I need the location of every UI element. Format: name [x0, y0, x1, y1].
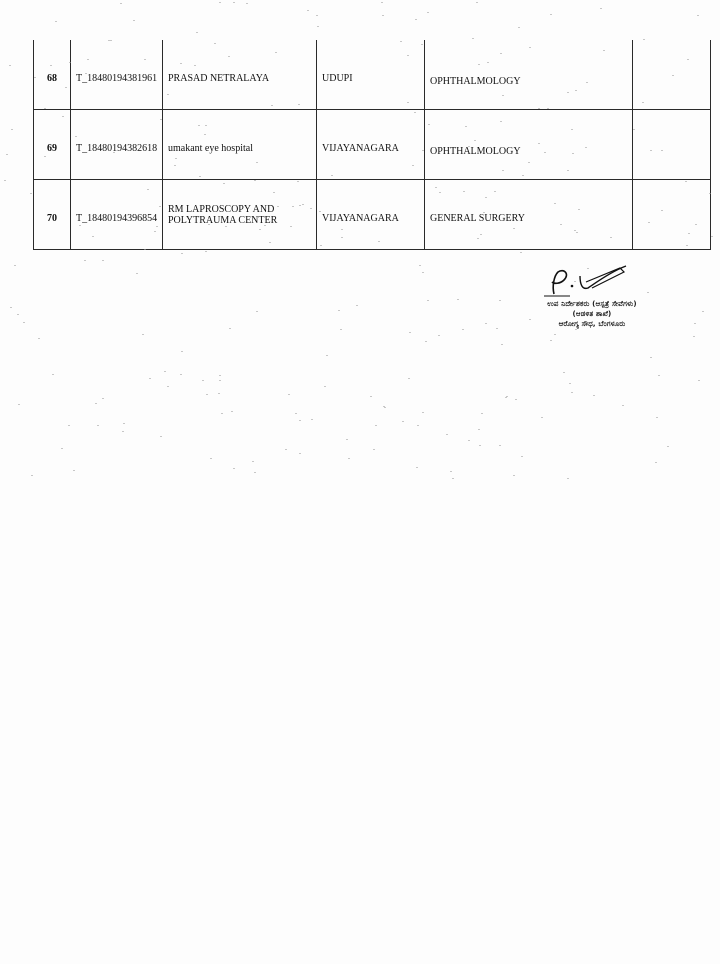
table-row: 70 T_18480194396854 RM LAPROSCOPY AND PO… [34, 180, 711, 250]
signature-block: ಉಪ ನಿರ್ದೇಶಕರು (ಆಸ್ಪತ್ರೆ ಸೇವೆಗಳು) (ಆಡಳಿತ … [512, 262, 672, 342]
cell-sl-no: 68 [34, 40, 71, 110]
hospital-table: 68 T_18480194381961 PRASAD NETRALAYA UDU… [33, 40, 711, 250]
signature-branch: (ಆಡಳಿತ ಶಾಖೆ) [512, 310, 672, 319]
cell-sl-no: 69 [34, 110, 71, 180]
cell-sl-no: 70 [34, 180, 71, 250]
cell-remarks [633, 110, 711, 180]
cell-hospital-id: T_18480194381961 [71, 40, 163, 110]
cell-remarks [633, 180, 711, 250]
cell-hospital-id: T_18480194382618 [71, 110, 163, 180]
cell-hospital-name: umakant eye hospital [163, 110, 317, 180]
cell-speciality: GENERAL SURGERY [425, 180, 633, 250]
signature-designation: ಉಪ ನಿರ್ದೇಶಕರು (ಆಸ್ಪತ್ರೆ ಸೇವೆಗಳು) [512, 300, 672, 309]
cell-district: VIJAYANAGARA [317, 110, 425, 180]
signature-icon [540, 262, 630, 300]
hospital-table-container: 68 T_18480194381961 PRASAD NETRALAYA UDU… [33, 40, 705, 250]
cell-speciality: OPHTHALMOLOGY [425, 40, 633, 110]
cell-hospital-id: T_18480194396854 [71, 180, 163, 250]
table-row: 69 T_18480194382618 umakant eye hospital… [34, 110, 711, 180]
scanned-page: 68 T_18480194381961 PRASAD NETRALAYA UDU… [0, 0, 720, 964]
cell-speciality: OPHTHALMOLOGY [425, 110, 633, 180]
signature-office: ಆರೋಗ್ಯ ಸೌಧ, ಬೆಂಗಳೂರು [512, 320, 672, 329]
cell-district: VIJAYANAGARA [317, 180, 425, 250]
cell-district: UDUPI [317, 40, 425, 110]
table-row: 68 T_18480194381961 PRASAD NETRALAYA UDU… [34, 40, 711, 110]
cell-hospital-name: PRASAD NETRALAYA [163, 40, 317, 110]
cell-hospital-name: RM LAPROSCOPY AND POLYTRAUMA CENTER [163, 180, 317, 250]
